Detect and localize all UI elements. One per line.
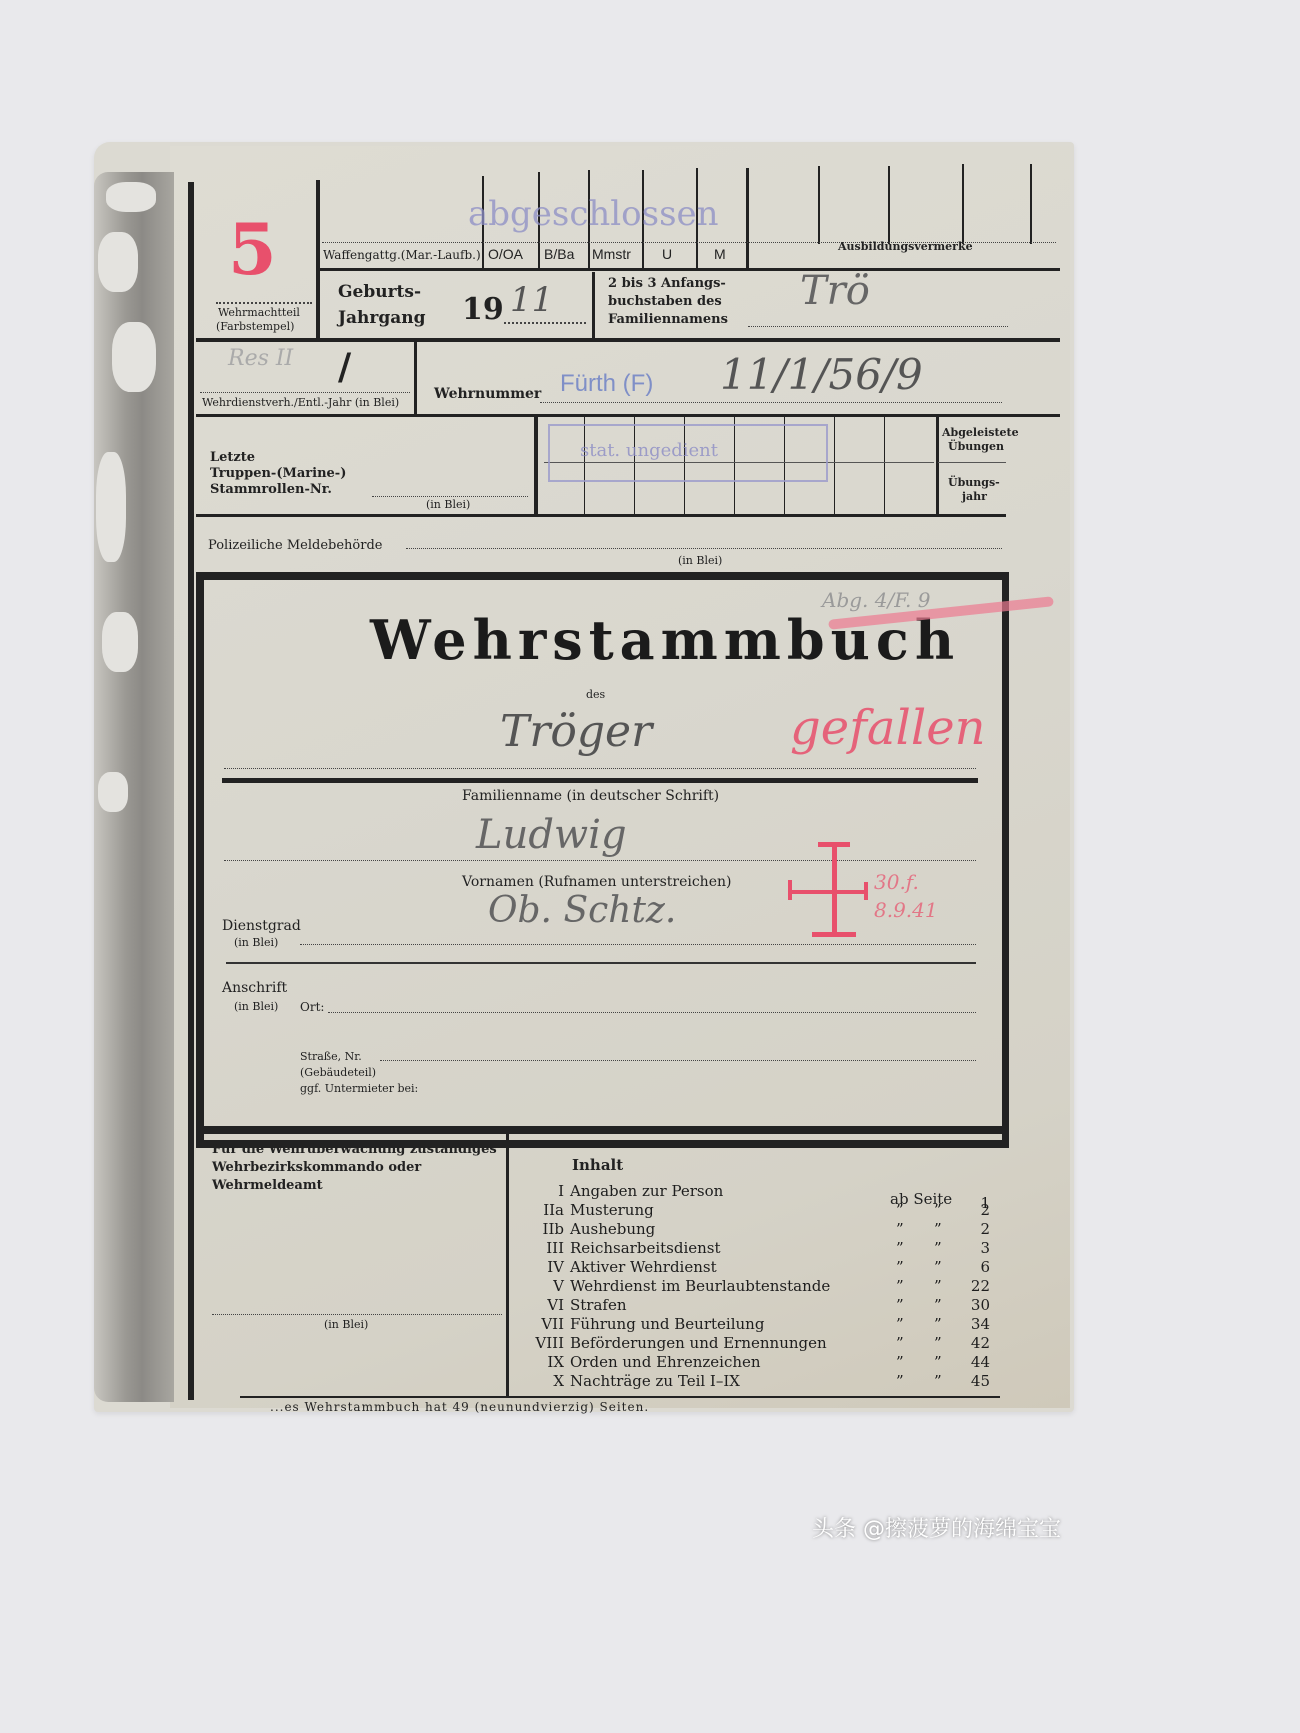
anschrift-label: Anschrift — [222, 980, 287, 996]
watermark: 头条 @擦菠萝的海绵宝宝 — [812, 1512, 1061, 1543]
toc-entry: VWehrdienst im Beurlaubtenstande””22 — [520, 1277, 990, 1296]
toc-entry: IVAktiver Wehrdienst””6 — [520, 1258, 990, 1277]
pencil-top-note: Abg. 4/F. 9 — [822, 588, 930, 612]
column-b-ba: B/Ba — [544, 246, 574, 262]
frame-left-border — [188, 182, 194, 1400]
column-o-oa: O/OA — [488, 246, 523, 262]
abgeleistete-label-line1: Abgeleistete — [942, 426, 1019, 439]
letzte-in-blei: (in Blei) — [426, 498, 470, 511]
ungedient-stamp: stat. ungedient — [580, 440, 718, 461]
dienstgrad-label: Dienstgrad — [222, 918, 301, 934]
dienstgrad-in-blei: (in Blei) — [234, 936, 278, 949]
book-spine — [94, 172, 174, 1402]
birth-year-handwritten: 11 — [510, 280, 553, 320]
abgeschlossen-stamp: abgeschlossen — [468, 194, 719, 234]
initials-label-line3: Familiennamens — [608, 312, 728, 327]
vornamen-handwritten: Ludwig — [476, 812, 627, 858]
vornamen-label: Vornamen (Rufnamen unterstreichen) — [462, 874, 731, 890]
initials-handwritten: Trö — [800, 268, 870, 314]
gebaeudeteil-label: (Gebäudeteil) — [300, 1066, 376, 1079]
wehrdienst-label: Wehrdienstverh./Entl.-Jahr (in Blei) — [202, 396, 399, 409]
polizeiliche-meldebehoerde-label: Polizeiliche Meldebehörde — [208, 538, 382, 553]
wehrdienst-value: / — [338, 346, 351, 388]
geburts-label: Geburts- — [338, 282, 421, 302]
wehrueberwachung-label-line3: Wehrmeldeamt — [212, 1178, 323, 1193]
letzte-label-line1: Letzte — [210, 450, 255, 465]
toc-entry: XNachträge zu Teil I–IX””45 — [520, 1372, 990, 1391]
waffengattung-label: Waffengattg.(Mar.-Laufb.) — [323, 248, 481, 262]
red-date-note: 30.f. 8.9.41 — [874, 868, 974, 924]
toc-entry: IAngaben zur Person1 — [520, 1182, 990, 1201]
birth-year-prefix: 19 — [462, 292, 504, 327]
column-mmstr: Mmstr — [592, 246, 631, 262]
toc-entry: VIIFührung und Beurteilung””34 — [520, 1315, 990, 1334]
inhalt-title: Inhalt — [572, 1156, 623, 1174]
familienname-handwritten: Tröger — [500, 706, 652, 757]
anschrift-in-blei: (in Blei) — [234, 1000, 278, 1013]
toc-entry: IXOrden und Ehrenzeichen””44 — [520, 1353, 990, 1372]
wehrdienst-pencil-note: Res II — [228, 346, 293, 371]
ort-label: Ort: — [300, 1000, 324, 1014]
familienname-label: Familienname (in deutscher Schrift) — [462, 788, 719, 804]
letzte-label-line2: Truppen-(Marine-) — [210, 466, 346, 481]
uebungsjahr-label-line1: Übungs- — [948, 476, 1000, 489]
wehrueberwachung-label-line1: Für die Wehrüberwachung zuständiges — [212, 1142, 497, 1157]
toc-entry: IIIReichsarbeitsdienst””3 — [520, 1239, 990, 1258]
column-m: M — [714, 246, 726, 262]
strasse-label: Straße, Nr. — [300, 1050, 362, 1063]
wehrmachtteil-label: Wehrmachtteil — [218, 306, 300, 319]
toc-entry: IIbAushebung””2 — [520, 1220, 990, 1239]
wehrueberwachung-in-blei: (in Blei) — [324, 1318, 368, 1331]
wehrnummer-stamp: Fürth (F) — [560, 370, 653, 398]
initials-label-line2: buchstaben des — [608, 294, 722, 309]
wehrnummer-handwritten: 11/1/56/9 — [720, 350, 923, 399]
polizeiliche-in-blei: (in Blei) — [678, 554, 722, 567]
letzte-label-line3: Stammrollen-Nr. — [210, 482, 332, 497]
toc-entry: IIaMusterung””2 — [520, 1201, 990, 1220]
ausbildungsvermerke-label: Ausbildungsvermerke — [838, 240, 973, 253]
dienstgrad-handwritten: Ob. Schtz. — [488, 890, 676, 931]
abgeleistete-label-line2: Übungen — [948, 440, 1004, 453]
jahrgang-label: Jahrgang — [338, 308, 426, 328]
column-u: U — [662, 246, 672, 262]
farbstempel-label: (Farbstempel) — [216, 320, 294, 333]
initials-label-line1: 2 bis 3 Anfangs- — [608, 276, 726, 291]
page-count-note: ...es Wehrstammbuch hat 49 (neunundvierz… — [270, 1400, 649, 1414]
toc-entry: VIStrafen””30 — [520, 1296, 990, 1315]
des-label: des — [586, 688, 605, 701]
wehrnummer-label: Wehrnummer — [434, 386, 541, 402]
red-gefallen-note: gefallen — [790, 700, 986, 756]
red-cross-symbol — [788, 842, 878, 938]
wehrmachtteil-color-stamp: 5 — [228, 208, 277, 291]
toc-entry: VIIIBeförderungen und Ernennungen””42 — [520, 1334, 990, 1353]
untermieter-label: ggf. Untermieter bei: — [300, 1082, 418, 1095]
wehrueberwachung-label-line2: Wehrbezirkskommando oder — [212, 1160, 421, 1175]
uebungsjahr-label-line2: jahr — [962, 490, 987, 503]
